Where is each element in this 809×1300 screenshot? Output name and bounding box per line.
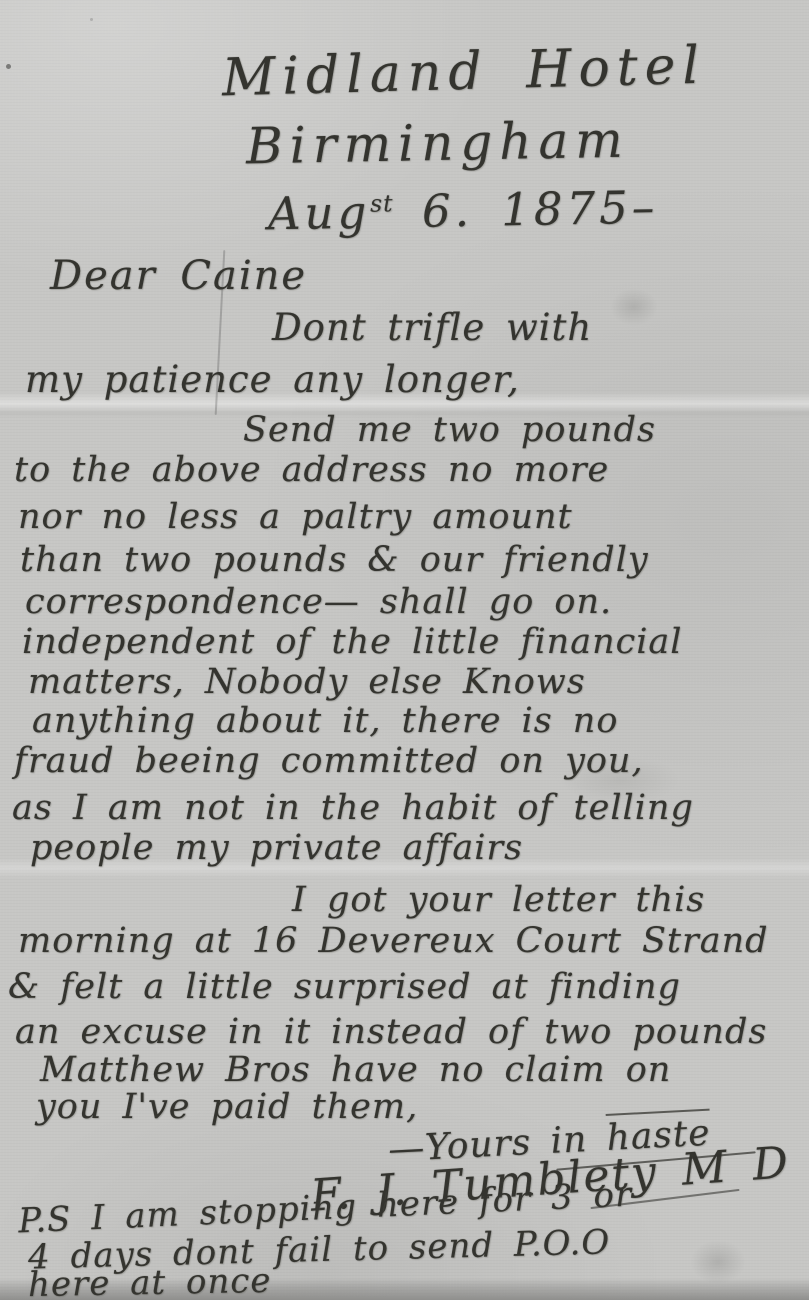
- paper-speck: [90, 18, 93, 21]
- letter-date-superscript: st: [370, 189, 394, 217]
- letter-body-line: an excuse in it instead of two pounds: [15, 1012, 767, 1052]
- paper-speck: [6, 64, 11, 69]
- letter-body-line: my patience any longer,: [25, 358, 520, 401]
- letter-body-line: matters, Nobody else Knows: [28, 662, 586, 702]
- letter-body-line: morning at 16 Devereux Court Strand: [18, 921, 769, 961]
- letter-postscript-line: here at once: [28, 1261, 272, 1300]
- letterhead-hotel: Midland Hotel: [221, 36, 706, 109]
- letter-scan: Midland Hotel Birmingham Augst 6. 1875– …: [0, 0, 809, 1300]
- paper-smudge: [610, 288, 658, 326]
- letter-body-line: Send me two pounds: [243, 410, 656, 450]
- letter-body-line: I got your letter this: [292, 880, 705, 920]
- letter-body-line: than two pounds & our friendly: [20, 540, 649, 580]
- letter-date-month: Aug: [268, 186, 371, 241]
- letter-body-line: anything about it, there is no: [32, 701, 618, 741]
- letter-body-line: people my private affairs: [30, 828, 523, 868]
- letter-body-line: correspondence— shall go on.: [25, 582, 612, 622]
- letter-body-line: you I've paid them,: [36, 1087, 418, 1127]
- letter-body-line: Dont trifle with: [272, 306, 592, 349]
- letter-salutation: Dear Caine: [50, 253, 307, 299]
- letter-date-day-year: 6. 1875–: [422, 181, 659, 238]
- letter-date: Augst 6. 1875–: [268, 181, 659, 241]
- letter-body-line: independent of the little financial: [22, 622, 682, 662]
- letter-body-line: & felt a little surprised at finding: [8, 967, 681, 1007]
- letter-body-line: as I am not in the habit of telling: [12, 788, 694, 828]
- letter-body-line: nor no less a paltry amount: [18, 497, 573, 537]
- letter-body-line: to the above address no more: [14, 450, 609, 490]
- letter-body-line: Matthew Bros have no claim on: [40, 1050, 671, 1090]
- letterhead-city: Birmingham: [246, 111, 631, 176]
- letter-body-line: fraud beeing committed on you,: [14, 741, 644, 781]
